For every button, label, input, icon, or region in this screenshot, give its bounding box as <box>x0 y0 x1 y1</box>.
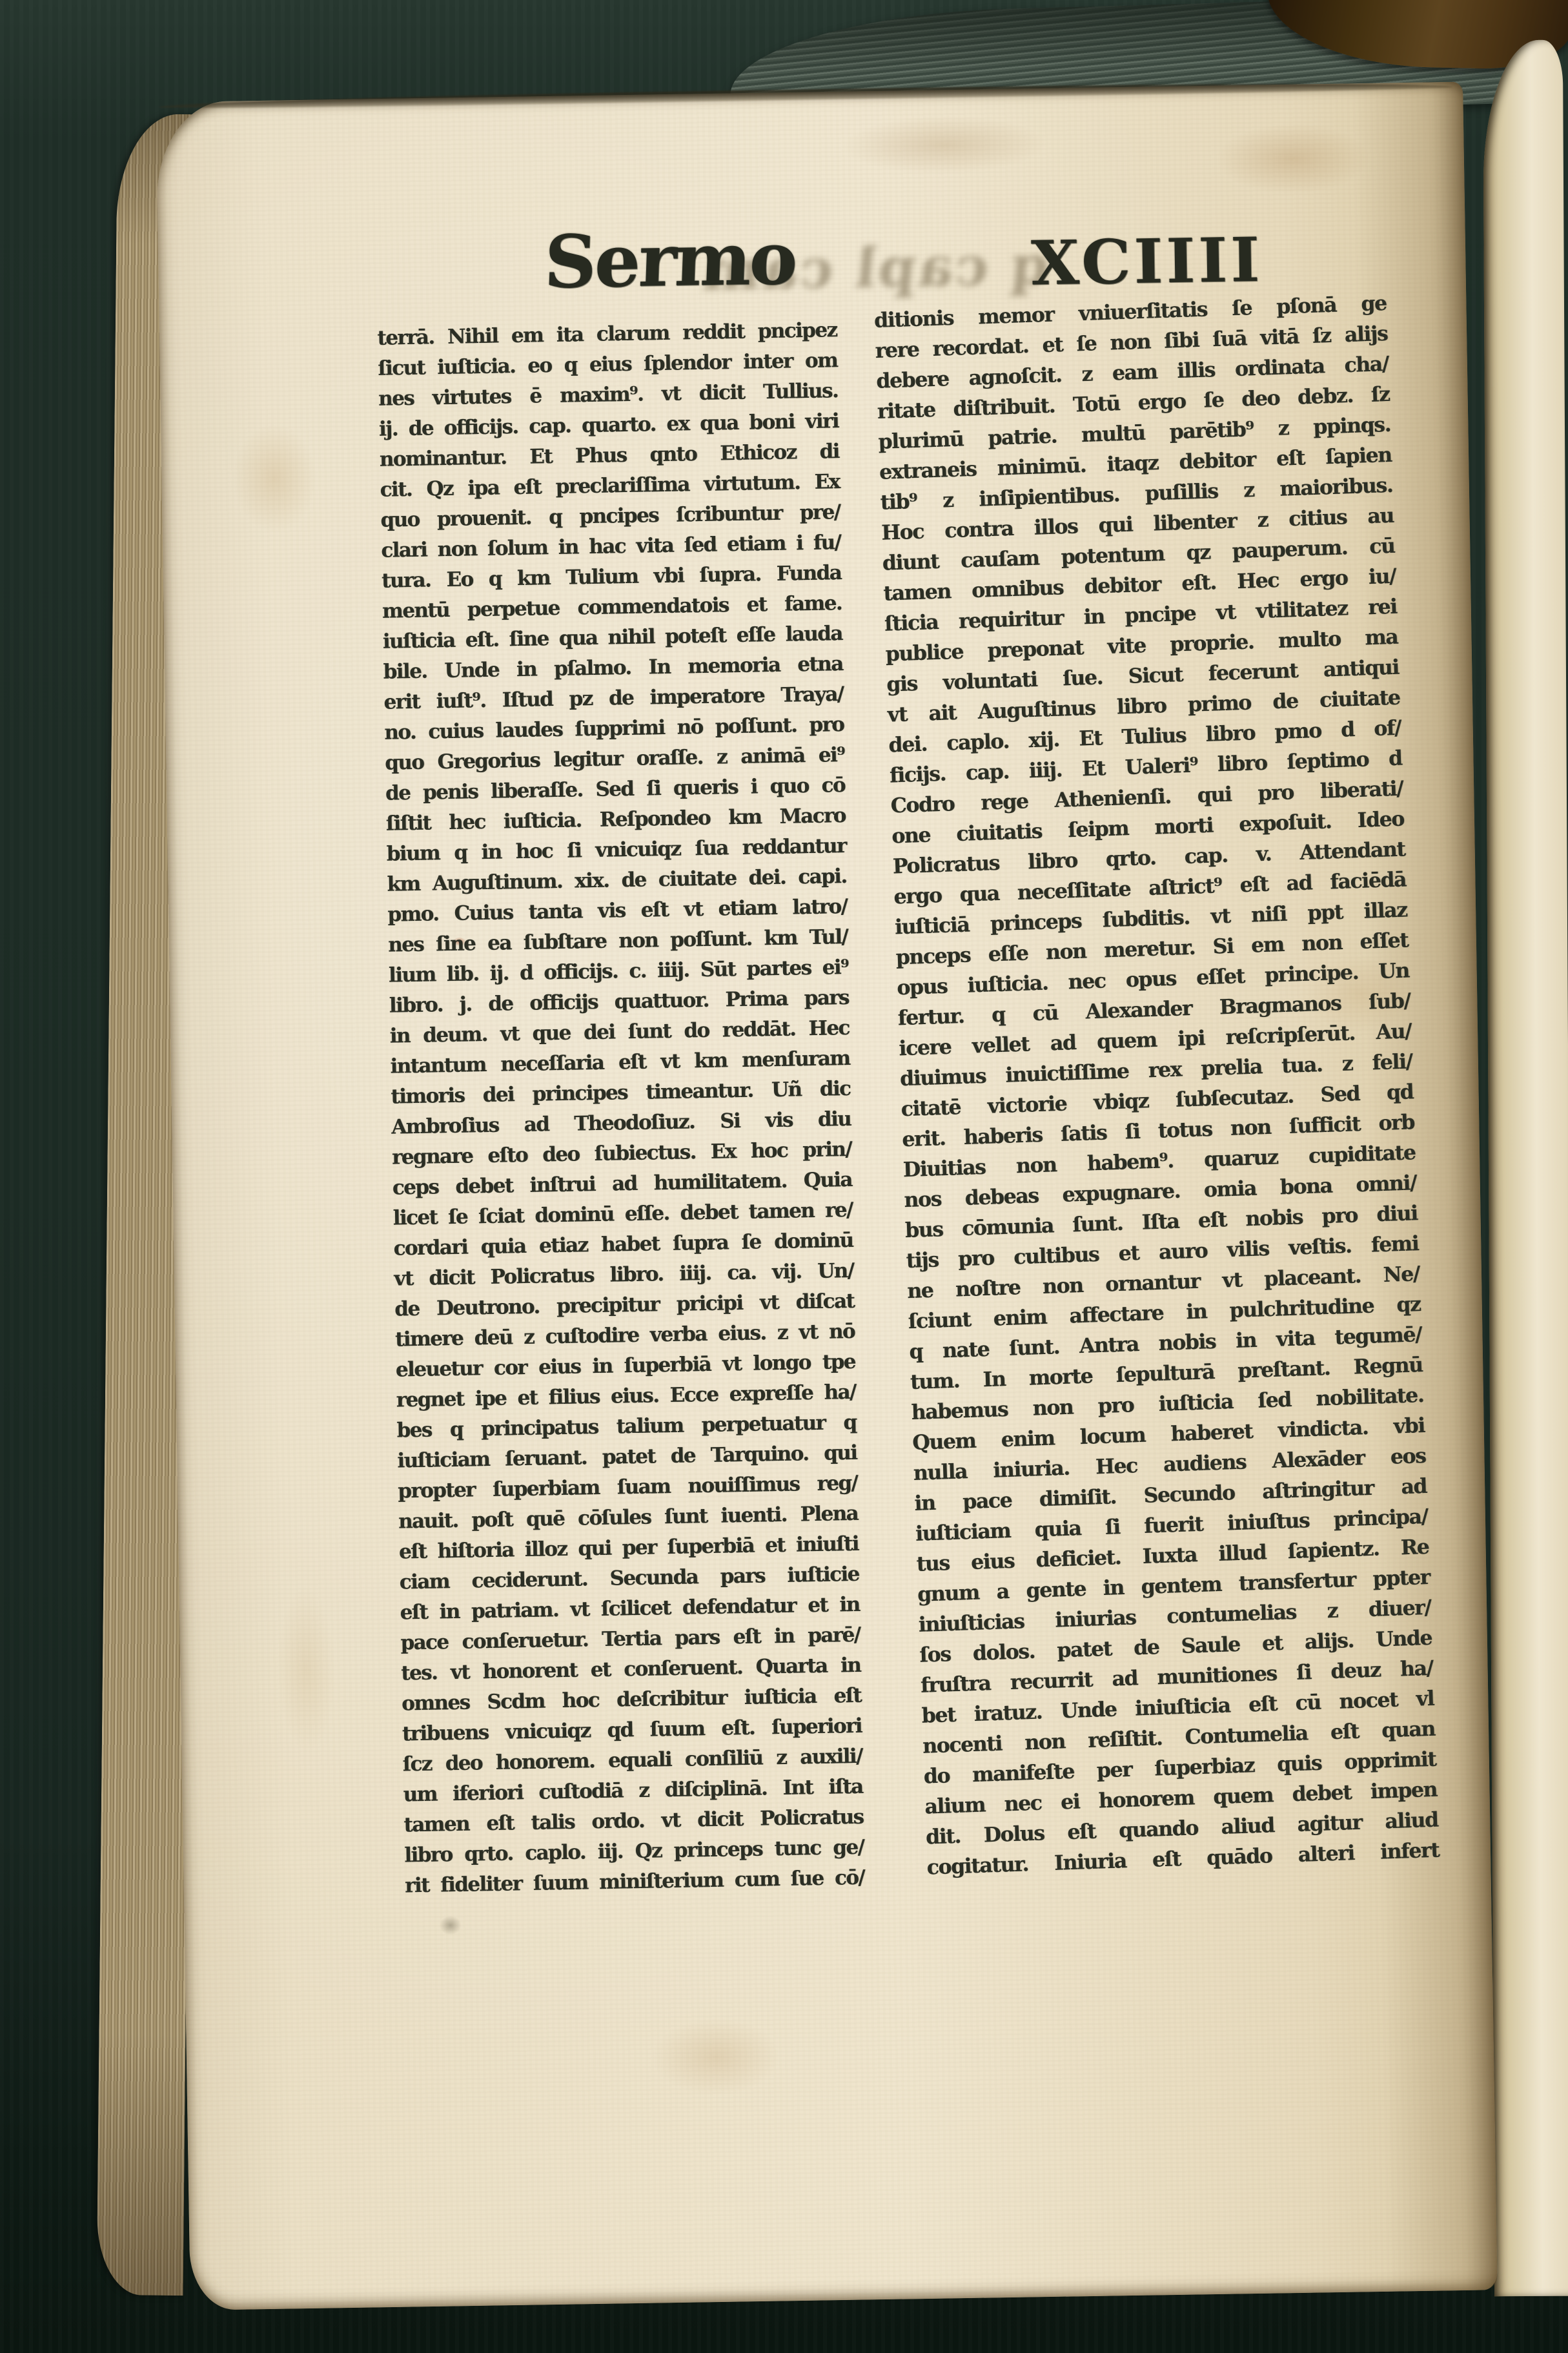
running-title: Sermo <box>543 216 797 305</box>
foxing-spot <box>232 423 318 534</box>
book-page: q capl cam Sermo XCIIII terrā. Nihil em … <box>156 82 1497 2310</box>
foxing-spot <box>651 2017 781 2097</box>
ink-smudge <box>439 1915 461 1935</box>
book-photo-scene: q capl cam Sermo XCIIII terrā. Nihil em … <box>0 0 1568 2353</box>
facing-page-sliver <box>1483 40 1568 2297</box>
foxing-spot <box>1215 122 1371 196</box>
foxing-spot <box>276 1585 336 1753</box>
text-column-left: terrā. Nihil em ita clarum reddit pncipe… <box>377 315 864 1901</box>
folio-number: XCIIII <box>1030 224 1263 299</box>
text-column-right: ditionis memor vniuerſitatis ſe pſonā ge… <box>873 288 1440 1883</box>
foxing-spot <box>840 114 1048 176</box>
